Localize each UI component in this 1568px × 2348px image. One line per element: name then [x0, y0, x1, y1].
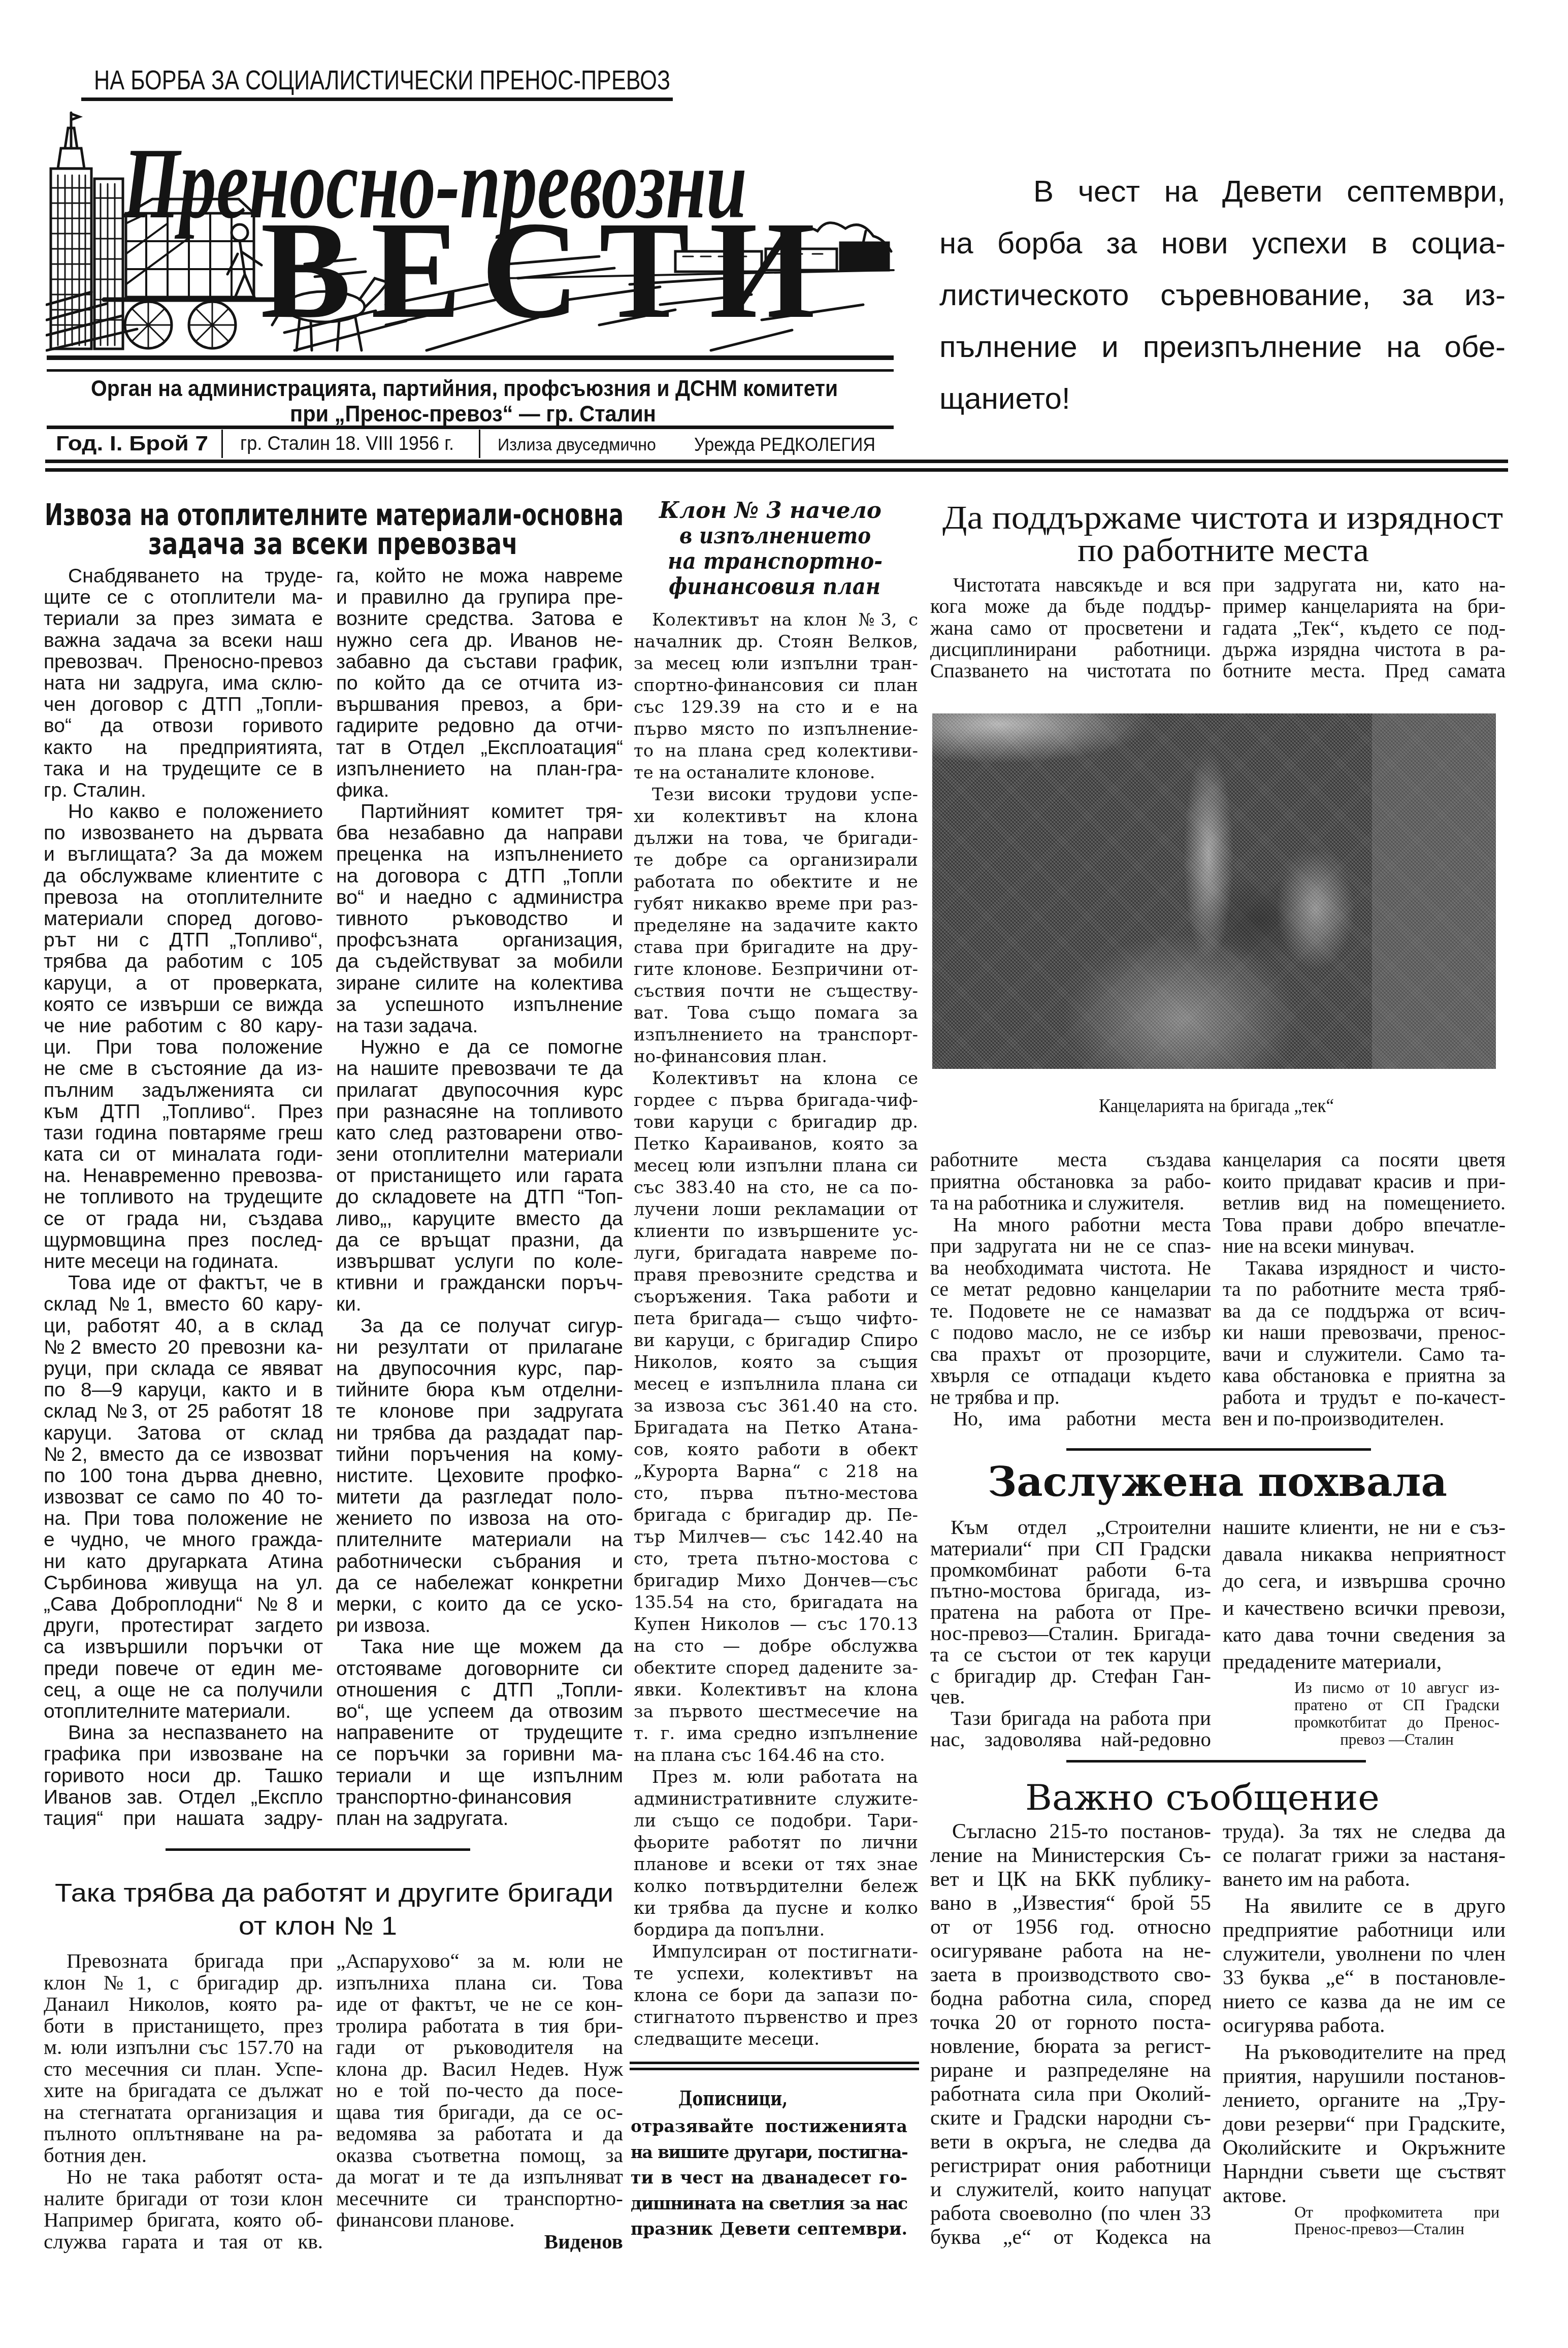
- text-line: чен договор с ДТП „Топли-: [44, 694, 323, 715]
- paragraph: Тази бригада на работа принас, задоволяв…: [930, 1708, 1211, 1750]
- headline: в изпълнението: [679, 524, 871, 549]
- text-line: така и на трудещите се в: [44, 759, 323, 780]
- line-text: тър Милчев— със 142.40 на: [634, 1527, 918, 1547]
- place-date-text: гр. Сталин 18. VIII 1956 г.: [240, 432, 454, 456]
- line-text: пример канцеларията на бри-: [1223, 595, 1506, 617]
- text-line: ви каруци, с бригадир Спиро: [634, 1330, 918, 1352]
- line-text: приятия, нарушили постанов-: [1223, 2065, 1506, 2088]
- text-line: извършват услуги по коле-: [336, 1251, 623, 1273]
- text-line: Например бригата, която об-: [44, 2209, 323, 2231]
- line-text: Но не така работят оста-: [67, 2165, 323, 2188]
- line-text: работните места създава: [930, 1148, 1211, 1171]
- line-text: отоплителните материали.: [44, 1701, 291, 1722]
- line-text: во“ да отвози горивото: [44, 715, 323, 737]
- text-line: та по работните места тряб-: [1223, 1279, 1506, 1300]
- text-line: те на останалите клонове.: [634, 762, 918, 784]
- line-text: клона др. Васил Недев. Нуж: [336, 2057, 623, 2080]
- text-line: вен и по-производителен.: [1223, 1408, 1506, 1430]
- text-line: ведомява за работата и да: [336, 2123, 623, 2144]
- slogan: В чест на Девети септември,на борба за н…: [939, 166, 1506, 425]
- text-line: ват. Това също помага за: [634, 1002, 918, 1024]
- article-column: при задругата ни, като на-пример канцела…: [1223, 574, 1506, 681]
- line-text: със 129.39 на сто и е на: [634, 697, 918, 718]
- line-text: лучени лоши рекламации от: [634, 1199, 918, 1220]
- text-line: на нашите превозвачи те да: [336, 1058, 623, 1080]
- line-text: ки.: [336, 1293, 362, 1315]
- line-text: по 8—9 каруци, както и в: [44, 1379, 323, 1401]
- line-text: Пренос-превоз—Сталин: [1294, 2220, 1464, 2238]
- text-line: да се набележат конкретни: [336, 1573, 623, 1594]
- text-line: Нужно е да се помогне: [336, 1037, 623, 1058]
- line-text: През м. юли работата на: [652, 1767, 918, 1787]
- line-text: превоз —Сталин: [1340, 1731, 1454, 1748]
- text-line: ските и Градски народни съ-: [930, 2106, 1211, 2130]
- text-line: ление на Министерския Съ-: [930, 1844, 1211, 1868]
- masthead-rule-thin: [47, 369, 894, 372]
- text-line: дължи на това, че бригади-: [634, 828, 918, 850]
- text-line: и качествено всички превози,: [1223, 1595, 1506, 1622]
- text-line: ли също се подобри. Тари-: [634, 1810, 918, 1832]
- text-line: сто, първа пътно-местова: [634, 1483, 918, 1505]
- text-line: административните служите-: [634, 1788, 918, 1810]
- line-text: на плана със 164.46 на сто.: [634, 1745, 885, 1766]
- line-text: Николов, която за същия: [634, 1352, 918, 1373]
- line-text: спортно-финансовия си план: [634, 675, 918, 696]
- line-text: Чистотата навсякъде и вся: [953, 573, 1211, 596]
- line-text: която се извърши се вижда: [44, 994, 323, 1016]
- headline: Да поддържаме чистота и изрядност: [942, 500, 1503, 536]
- line-text: нужно сега др. Иванов не-: [336, 630, 623, 651]
- line-text: графика при извозване на: [44, 1743, 323, 1765]
- line-text: За да се получат сигур-: [361, 1315, 623, 1337]
- text-line: преценка на изпълнението: [336, 844, 623, 865]
- text-line: во“ и наедно с администра: [336, 887, 623, 908]
- headline: Така трябва да работят и другите бригади: [55, 1879, 613, 1907]
- line-text: до складовете на ДТП “Топ-: [336, 1186, 623, 1208]
- line-text: На ръководителите на пред: [1245, 2041, 1506, 2064]
- cart-wheel-spokes: [125, 302, 236, 348]
- line-text: осигуряване работа на не-: [930, 1939, 1211, 1963]
- line-text: ви каруци, с бригадир Спиро: [634, 1330, 918, 1351]
- line-text: приятна обстановка за рабо-: [930, 1170, 1211, 1193]
- line-text: канцелария са посяти цветя: [1223, 1148, 1506, 1171]
- text-line: осигурява работа.: [1223, 2014, 1506, 2038]
- line-text: и качествено всички превози,: [1223, 1596, 1506, 1620]
- line-text: боти в пристанището, през: [44, 2014, 323, 2037]
- line-text: Нарндни съвети ще съствят: [1223, 2160, 1506, 2183]
- article-column: „Аспарухово“ за м. юли неизпълниха плана…: [336, 1950, 623, 2252]
- article-column: Съгласно 215-то постанов-ление на Минист…: [930, 1820, 1211, 2249]
- line-text: то на плана сред колективи-: [634, 741, 918, 761]
- line-text: транспортно-финансовия: [336, 1786, 572, 1808]
- paragraph: Вина за неспазването награфика при извоз…: [44, 1722, 323, 1830]
- line-text: новление, бюрата за регист-: [930, 2035, 1211, 2058]
- line-text: ната ни задруга, има склю-: [44, 672, 323, 694]
- line-text: ливо„, каруците вместо да: [336, 1208, 623, 1230]
- text-line: тър Милчев— със 142.40 на: [634, 1526, 918, 1548]
- text-line: вършвания превоз, а бри-: [336, 694, 623, 715]
- text-line: че ние работим с 80 кару-: [44, 1016, 323, 1037]
- text-line: Чистотата навсякъде и вся: [930, 574, 1211, 596]
- text-line: вано в „Известия“ брой 55: [930, 1892, 1211, 1915]
- text-line: ването им на работа.: [1223, 1868, 1506, 1892]
- line-text: та се състои от тек каруци: [930, 1643, 1211, 1666]
- line-text: се полагат грижи за настаня-: [1223, 1844, 1506, 1867]
- text-line: тивното ръководство и: [336, 908, 623, 930]
- text-line: ботните места. Пред самата: [1223, 660, 1506, 681]
- text-line: на. Ненавременно превозва-: [44, 1165, 323, 1187]
- tagline-text: НА БОРБА ЗА СОЦИАЛИСТИЧЕСКИ ПРЕНОС-ПРЕВО…: [94, 65, 670, 95]
- headline-text: на транспортно-: [668, 549, 883, 574]
- text-line: финансови планове.: [336, 2209, 623, 2231]
- line-text: извозват се само по 40 то-: [44, 1486, 323, 1508]
- text-line: които придават красив и при-: [1223, 1171, 1506, 1193]
- text-line: към ДТП „Топливо“. През: [44, 1101, 323, 1123]
- line-text: така и на трудещите се в: [44, 758, 323, 780]
- notice-source-note: От профкомитета приПренос-превоз—Сталин: [1294, 2204, 1499, 2237]
- line-text: план на задругата.: [336, 1808, 508, 1830]
- text-line: по 100 тона дърва дневно,: [44, 1465, 323, 1487]
- text-line: транспортно-финансовия: [336, 1787, 623, 1808]
- line-text: да съдействуват за мобили: [336, 951, 623, 972]
- text-line: щанието!: [939, 373, 1506, 425]
- text-line: първо място по изпълнение-: [634, 719, 918, 740]
- line-text: Вина за неспазването на: [68, 1722, 323, 1744]
- text-line: Това иде от фактът, че в: [44, 1273, 323, 1294]
- line-text: бригада с бригадир др. Пе-: [634, 1505, 918, 1525]
- text-line: кава обстановка е приятна за: [1223, 1365, 1506, 1387]
- line-text: гадирите редовно да отчи-: [336, 715, 623, 737]
- line-text: и правилно да групира пре-: [336, 586, 623, 608]
- text-line: Купен Николов — със 170.13: [634, 1614, 918, 1636]
- text-line: се полагат грижи за настаня-: [1223, 1844, 1506, 1868]
- text-line: която се извърши се вижда: [44, 994, 323, 1016]
- line-text: иде от фактът, че не се кон-: [336, 1992, 623, 2015]
- line-text: нашите клиенти, не ни е съз-: [1223, 1516, 1506, 1539]
- line-text: ведомява за работата и да: [336, 2122, 623, 2145]
- line-text: во“, ще успеем да отвозим: [336, 1701, 623, 1722]
- text-line: се от града ни, създава: [44, 1209, 323, 1230]
- text-line: На ръководителите на пред: [1223, 2041, 1506, 2065]
- line-text: От профкомитета при: [1294, 2203, 1499, 2221]
- text-line: щите се с отоплители ма-: [44, 587, 323, 608]
- line-text: фика.: [336, 779, 389, 801]
- line-text: ни като другарката Атина: [44, 1551, 323, 1573]
- masthead-vesti-text: ВЕСТИ: [260, 201, 835, 340]
- line-text: изпълнението на план-гра-: [336, 758, 623, 780]
- headline: Важно съобщение: [1025, 1777, 1380, 1818]
- text-line: бригадир Михо Дончев—със: [634, 1570, 918, 1592]
- text-line: нужно сега др. Иванов не-: [336, 630, 623, 651]
- line-text: щите се с отоплители ма-: [44, 586, 323, 608]
- text-line: пета бригада— също чифто-: [634, 1308, 918, 1330]
- headline-text: Да поддържаме чистота и изрядност: [942, 500, 1503, 536]
- line-text: промкомбинат работи 6-та: [930, 1558, 1211, 1581]
- line-text: га, който не можа навреме: [336, 565, 623, 587]
- headline: по работните места: [1077, 533, 1369, 568]
- text-line: нието се казва да не им се: [1223, 1990, 1506, 2014]
- line-text: сва прахът от прозорците,: [930, 1343, 1211, 1365]
- organ-line: Орган на администрацията, партийния, про…: [91, 377, 838, 401]
- place-date: гр. Сталин 18. VIII 1956 г.: [240, 432, 454, 456]
- line-text: „Аспарухово“ за м. юли не: [336, 1949, 623, 1972]
- line-text: Такава изрядност и чисто-: [1246, 1256, 1506, 1279]
- line-text: давала никаква неприятност: [1223, 1543, 1506, 1566]
- paragraph: Снабдяването на труде-щите се с отоплите…: [44, 566, 323, 801]
- line-text: като след разтоварени отво-: [336, 1122, 623, 1144]
- text-line: но е той по-често да посе-: [336, 2079, 623, 2101]
- text-line: каруци, а от проверката,: [44, 973, 323, 994]
- line-text: листическото съревнование, за из-: [939, 278, 1506, 312]
- text-line: ни като другарката Атина: [44, 1551, 323, 1573]
- line-text: точка 20 от горното поста-: [930, 2011, 1211, 2034]
- text-line: налите бригади от този клон: [44, 2188, 323, 2209]
- text-line: Петко Караиванов, която за: [634, 1133, 918, 1155]
- headline-text: Извоза на отоплителните материали-основн…: [45, 499, 624, 531]
- text-line: Тези високи трудови успе-: [634, 784, 918, 806]
- line-text: пратена на работа от Пре-: [930, 1600, 1211, 1623]
- paragraph: нашите клиенти, не ни е съз-давала никак…: [1223, 1514, 1506, 1676]
- line-text: пета бригада— също чифто-: [634, 1309, 918, 1329]
- text-line: давала никаква неприятност: [1223, 1541, 1506, 1568]
- line-text: жението по извоза на ото-: [336, 1508, 623, 1529]
- text-line: пътно-мостова бригада, из-: [930, 1580, 1211, 1602]
- text-line: те клонове при задругата: [336, 1401, 623, 1422]
- text-line: ва да се поддържа от всич-: [1223, 1300, 1506, 1322]
- text-line: чев.: [930, 1686, 1211, 1708]
- line-text: забавно да състави график,: [336, 651, 623, 673]
- line-text: Тази бригада на работа при: [951, 1706, 1211, 1730]
- line-text: при разнасяне на топливото: [336, 1101, 623, 1123]
- text-line: превозвач. Преносно-превоз: [44, 651, 323, 673]
- text-line: дишнината на светлия за нас: [631, 2191, 907, 2217]
- text-line: №2, вместо да се извозват: [44, 1444, 323, 1465]
- text-line: на плана със 164.46 на сто.: [634, 1745, 918, 1767]
- line-text: ветлив вид на помещението.: [1223, 1191, 1506, 1214]
- line-text: митети да разгледат поло-: [336, 1486, 623, 1508]
- line-text: отношения с ДТП „Топли-: [336, 1679, 623, 1701]
- line-text: ските и Градски народни съ-: [930, 2106, 1211, 2130]
- line-text: тийните бюра към отделни-: [336, 1379, 623, 1401]
- text-line: ната ни задруга, има склю-: [44, 673, 323, 694]
- text-line: да могат и те да изпълняват: [336, 2166, 623, 2188]
- frequency: Излиза двуседмично: [498, 433, 656, 457]
- line-text: ки трябва да пусне и колко: [634, 1898, 918, 1918]
- text-line: клиенти по извършените ус-: [634, 1221, 918, 1243]
- line-text: при задругата ни, като на-: [1223, 573, 1506, 596]
- line-text: началник др. Стоян Велков,: [634, 632, 918, 652]
- text-line: ката си от миналата годи-: [44, 1144, 323, 1165]
- line-text: като дава точни сведения за: [1223, 1623, 1506, 1647]
- line-text: губят никакво време при раз-: [634, 894, 918, 914]
- line-text: зиране силите на колектива: [336, 972, 623, 994]
- text-line: Такава изрядност и чисто-: [1223, 1257, 1506, 1279]
- line-text: административните служите-: [634, 1789, 918, 1809]
- line-text: Из писмо от 10 авгусг из-: [1294, 1679, 1499, 1697]
- text-line: риране и разпределяне на: [930, 2059, 1211, 2082]
- line-text: финансови планове.: [336, 2208, 514, 2231]
- line-text: пътно-мостова бригада, из-: [930, 1579, 1211, 1602]
- text-line: съоръжения. Така работи и: [634, 1286, 918, 1308]
- text-line: ние на всеки минувач.: [1223, 1235, 1506, 1257]
- line-text: служва гарата и тая от кв.: [44, 2230, 323, 2253]
- paragraph: За да се получат сигур-ни резултати от п…: [336, 1316, 623, 1637]
- editor-text: Урежда РЕДКОЛЕГИЯ: [694, 433, 875, 457]
- line-text: материали“ при СП Градски: [930, 1537, 1211, 1560]
- paragraph: работните места създаваприятна обстановк…: [930, 1149, 1211, 1214]
- appeal-body: отразявайте постижениятана вишите другар…: [631, 2114, 907, 2242]
- paragraph: Такава изрядност и чисто-та по работните…: [1223, 1257, 1506, 1430]
- text-line: хите на бригадата се дължат: [44, 2079, 323, 2101]
- text-line: клон №1, с бригадир др.: [44, 1972, 323, 1994]
- line-text: ва да се поддържа от всич-: [1223, 1299, 1506, 1322]
- text-line: служители, уволнени по член: [1223, 1942, 1506, 1966]
- line-text: щанието!: [939, 381, 1070, 415]
- text-line: иде от фактът, че не се кон-: [336, 1993, 623, 2015]
- headline-text: Важно съобщение: [1025, 1777, 1380, 1818]
- tagline-underline: [81, 97, 673, 101]
- line-text: пълнение и преизпълнение на обе-: [939, 330, 1506, 364]
- line-text: се от града ни, създава: [44, 1208, 323, 1230]
- line-text: за първото шестмесечие на: [634, 1702, 918, 1722]
- text-line: работнически събрания и: [336, 1551, 623, 1573]
- line-text: сов, която работи в обект: [634, 1440, 918, 1460]
- line-text: с бригадир др. Стефан Ган-: [930, 1664, 1211, 1687]
- text-line: бодна работна сила, според: [930, 1987, 1211, 2011]
- letter-source-note: Из писмо от 10 авгусг из-пратено от СП Г…: [1294, 1679, 1499, 1748]
- text-line: материали“ при СП Градски: [930, 1538, 1211, 1559]
- headline-text: от клон № 1: [239, 1912, 397, 1940]
- text-line: Колективът на клон №3, с: [634, 609, 918, 631]
- line-text: обектите според дадените за-: [634, 1658, 918, 1678]
- text-line: отоплителните материали.: [44, 1701, 323, 1722]
- line-text: тови каруци с бригадир др.: [634, 1112, 918, 1132]
- text-line: приятия, нарушили постанов-: [1223, 2065, 1506, 2089]
- line-text: държа изрядна чистота в ра-: [1223, 638, 1506, 661]
- line-text: риране и разпределяне на: [930, 2059, 1211, 2082]
- line-text: зени отоплителни материали: [336, 1144, 623, 1165]
- line-text: тази година повтаряме греш: [44, 1122, 323, 1144]
- line-text: рът ни с ДТП „Топливо“,: [44, 929, 323, 951]
- line-text: ването им на работа.: [1223, 1868, 1410, 1891]
- line-text: важна задача за всеки наш: [44, 630, 323, 651]
- text-line: щурмовщина през послед-: [44, 1230, 323, 1251]
- text-line: От профкомитета при: [1294, 2204, 1499, 2221]
- line-text: те на останалите клонове.: [634, 763, 875, 783]
- text-line: извозват се само по 40 то-: [44, 1487, 323, 1508]
- line-text: бва незабавно да направи: [336, 822, 623, 844]
- line-text: ние на всеки минувач.: [1223, 1234, 1415, 1257]
- line-text: правя превозните средства и: [634, 1265, 918, 1285]
- paragraph: Партийният комитет тря-бва незабавно да …: [336, 801, 623, 1037]
- line-text: изпълниха плана си. Това: [336, 1971, 623, 1994]
- section-double-rule-top: [630, 2062, 919, 2064]
- text-line: губят никакво време при раз-: [634, 893, 918, 915]
- text-line: гордее с първа бригада-чиф-: [634, 1090, 918, 1112]
- text-line: Нарндни съвети ще съствят: [1223, 2160, 1506, 2184]
- article-end-rule: [1066, 1760, 1366, 1763]
- text-line: по който да се отчита из-: [336, 673, 623, 694]
- text-line: то на плана сред колективи-: [634, 740, 918, 762]
- line-text: които придават красив и при-: [1223, 1170, 1506, 1193]
- locomotive: [840, 243, 889, 270]
- text-line: планове и всеки от тях знае: [634, 1854, 918, 1876]
- line-text: Това прави добро впечатле-: [1223, 1213, 1506, 1236]
- text-line: ци, работят 40, а в склад: [44, 1316, 323, 1337]
- line-text: нистите. Цеховите профко-: [336, 1465, 623, 1487]
- line-text: нос-превоз—Сталин. Бригада-: [930, 1621, 1211, 1645]
- text-line: ци. При това положение: [44, 1037, 323, 1058]
- text-line: обектите според дадените за-: [634, 1657, 918, 1679]
- text-line: ри извоза.: [336, 1615, 623, 1637]
- line-text: та на работника и служителя.: [930, 1191, 1185, 1214]
- line-text: налите бригади от този клон: [44, 2187, 323, 2210]
- line-text: Петко Караиванов, която за: [634, 1134, 918, 1154]
- masthead-title-vesti: ВЕСТИ: [260, 201, 835, 340]
- text-line: на тази задача.: [336, 1016, 623, 1037]
- line-text: тийни поръчения на кому-: [336, 1444, 623, 1465]
- line-text: плителните материали на: [336, 1529, 623, 1551]
- text-line: за месец юли изпълни тран-: [634, 653, 918, 675]
- text-line: на борба за нови успехи в социа-: [939, 217, 1506, 269]
- line-text: работнически събрания и: [336, 1551, 623, 1573]
- line-text: предприятие работници или: [1223, 1918, 1506, 1942]
- text-line: служва гарата и тая от кв.: [44, 2231, 323, 2253]
- text-line: На много работни места: [930, 1214, 1211, 1236]
- line-text: тат в Отдел „Експлоатация“: [336, 737, 623, 759]
- line-text: с подово масло, не се избър: [930, 1321, 1211, 1344]
- text-line: склад №1, вместо 60 кару-: [44, 1294, 323, 1315]
- line-text: хвърля се отпадаци където: [930, 1364, 1211, 1387]
- line-text: да се набележат конкретни: [336, 1572, 623, 1594]
- line-text: 33 буква „е“ в постановле-: [1223, 1966, 1506, 1990]
- text-line: Така ние ще можем да: [336, 1637, 623, 1658]
- line-text: Така ние ще можем да: [361, 1636, 623, 1658]
- text-line: жана само от просветени и: [930, 617, 1211, 639]
- line-text: м. юли изпълни със 157.70 на: [44, 2035, 323, 2059]
- line-text: заета в производството сво-: [930, 1963, 1211, 1986]
- paragraph: През м. юли работата наадминистративните…: [634, 1767, 918, 1941]
- article-column: нашите клиенти, не ни е съз-давала никак…: [1223, 1514, 1506, 1676]
- line-text: Данаил Николов, която ра-: [44, 1992, 323, 2015]
- organ-line: при „Пренос-превоз“ — гр. Сталин: [290, 402, 656, 427]
- line-text: отстояваме договорните си: [336, 1658, 623, 1680]
- organ-line-text: при „Пренос-превоз“ — гр. Сталин: [290, 402, 656, 427]
- line-text: работа и трудът е по-качест-: [1223, 1386, 1506, 1409]
- text-line: забавно да състави график,: [336, 651, 623, 673]
- line-text: преди повече от един ме-: [44, 1658, 323, 1680]
- article-column: работните места създаваприятна обстановк…: [930, 1149, 1211, 1430]
- text-line: щава тия бригади, да се ос-: [336, 2101, 623, 2123]
- line-text: луги, бригадата навреме по-: [634, 1243, 918, 1263]
- line-text: ката си от миналата годи-: [44, 1144, 323, 1165]
- line-text: т. г. има средно изпълнение: [634, 1723, 918, 1744]
- line-text: ните месеци на годината.: [44, 1251, 279, 1273]
- text-line: плителните материали на: [336, 1529, 623, 1551]
- line-text: колко потвърдителни бележ: [634, 1876, 918, 1897]
- line-text: Нужно е да се помогне: [361, 1036, 623, 1058]
- line-text: оказва съответна помощ, за: [336, 2143, 623, 2167]
- text-line: на сто — добре обслужва: [634, 1636, 918, 1657]
- text-line: та на работника и служителя.: [930, 1192, 1211, 1214]
- text-line: пратено от СП Градски: [1294, 1697, 1499, 1714]
- line-text: но-финансовия план.: [634, 1047, 827, 1067]
- text-line: месец юли изпълни плана си: [634, 1155, 918, 1177]
- info-bar-separator: [479, 430, 480, 458]
- paragraph: Из писмо от 10 авгусг из-пратено от СП Г…: [1294, 1679, 1499, 1748]
- text-line: става при бригадите на дру-: [634, 937, 918, 959]
- text-line: на вишите другари, постигна-: [631, 2140, 907, 2166]
